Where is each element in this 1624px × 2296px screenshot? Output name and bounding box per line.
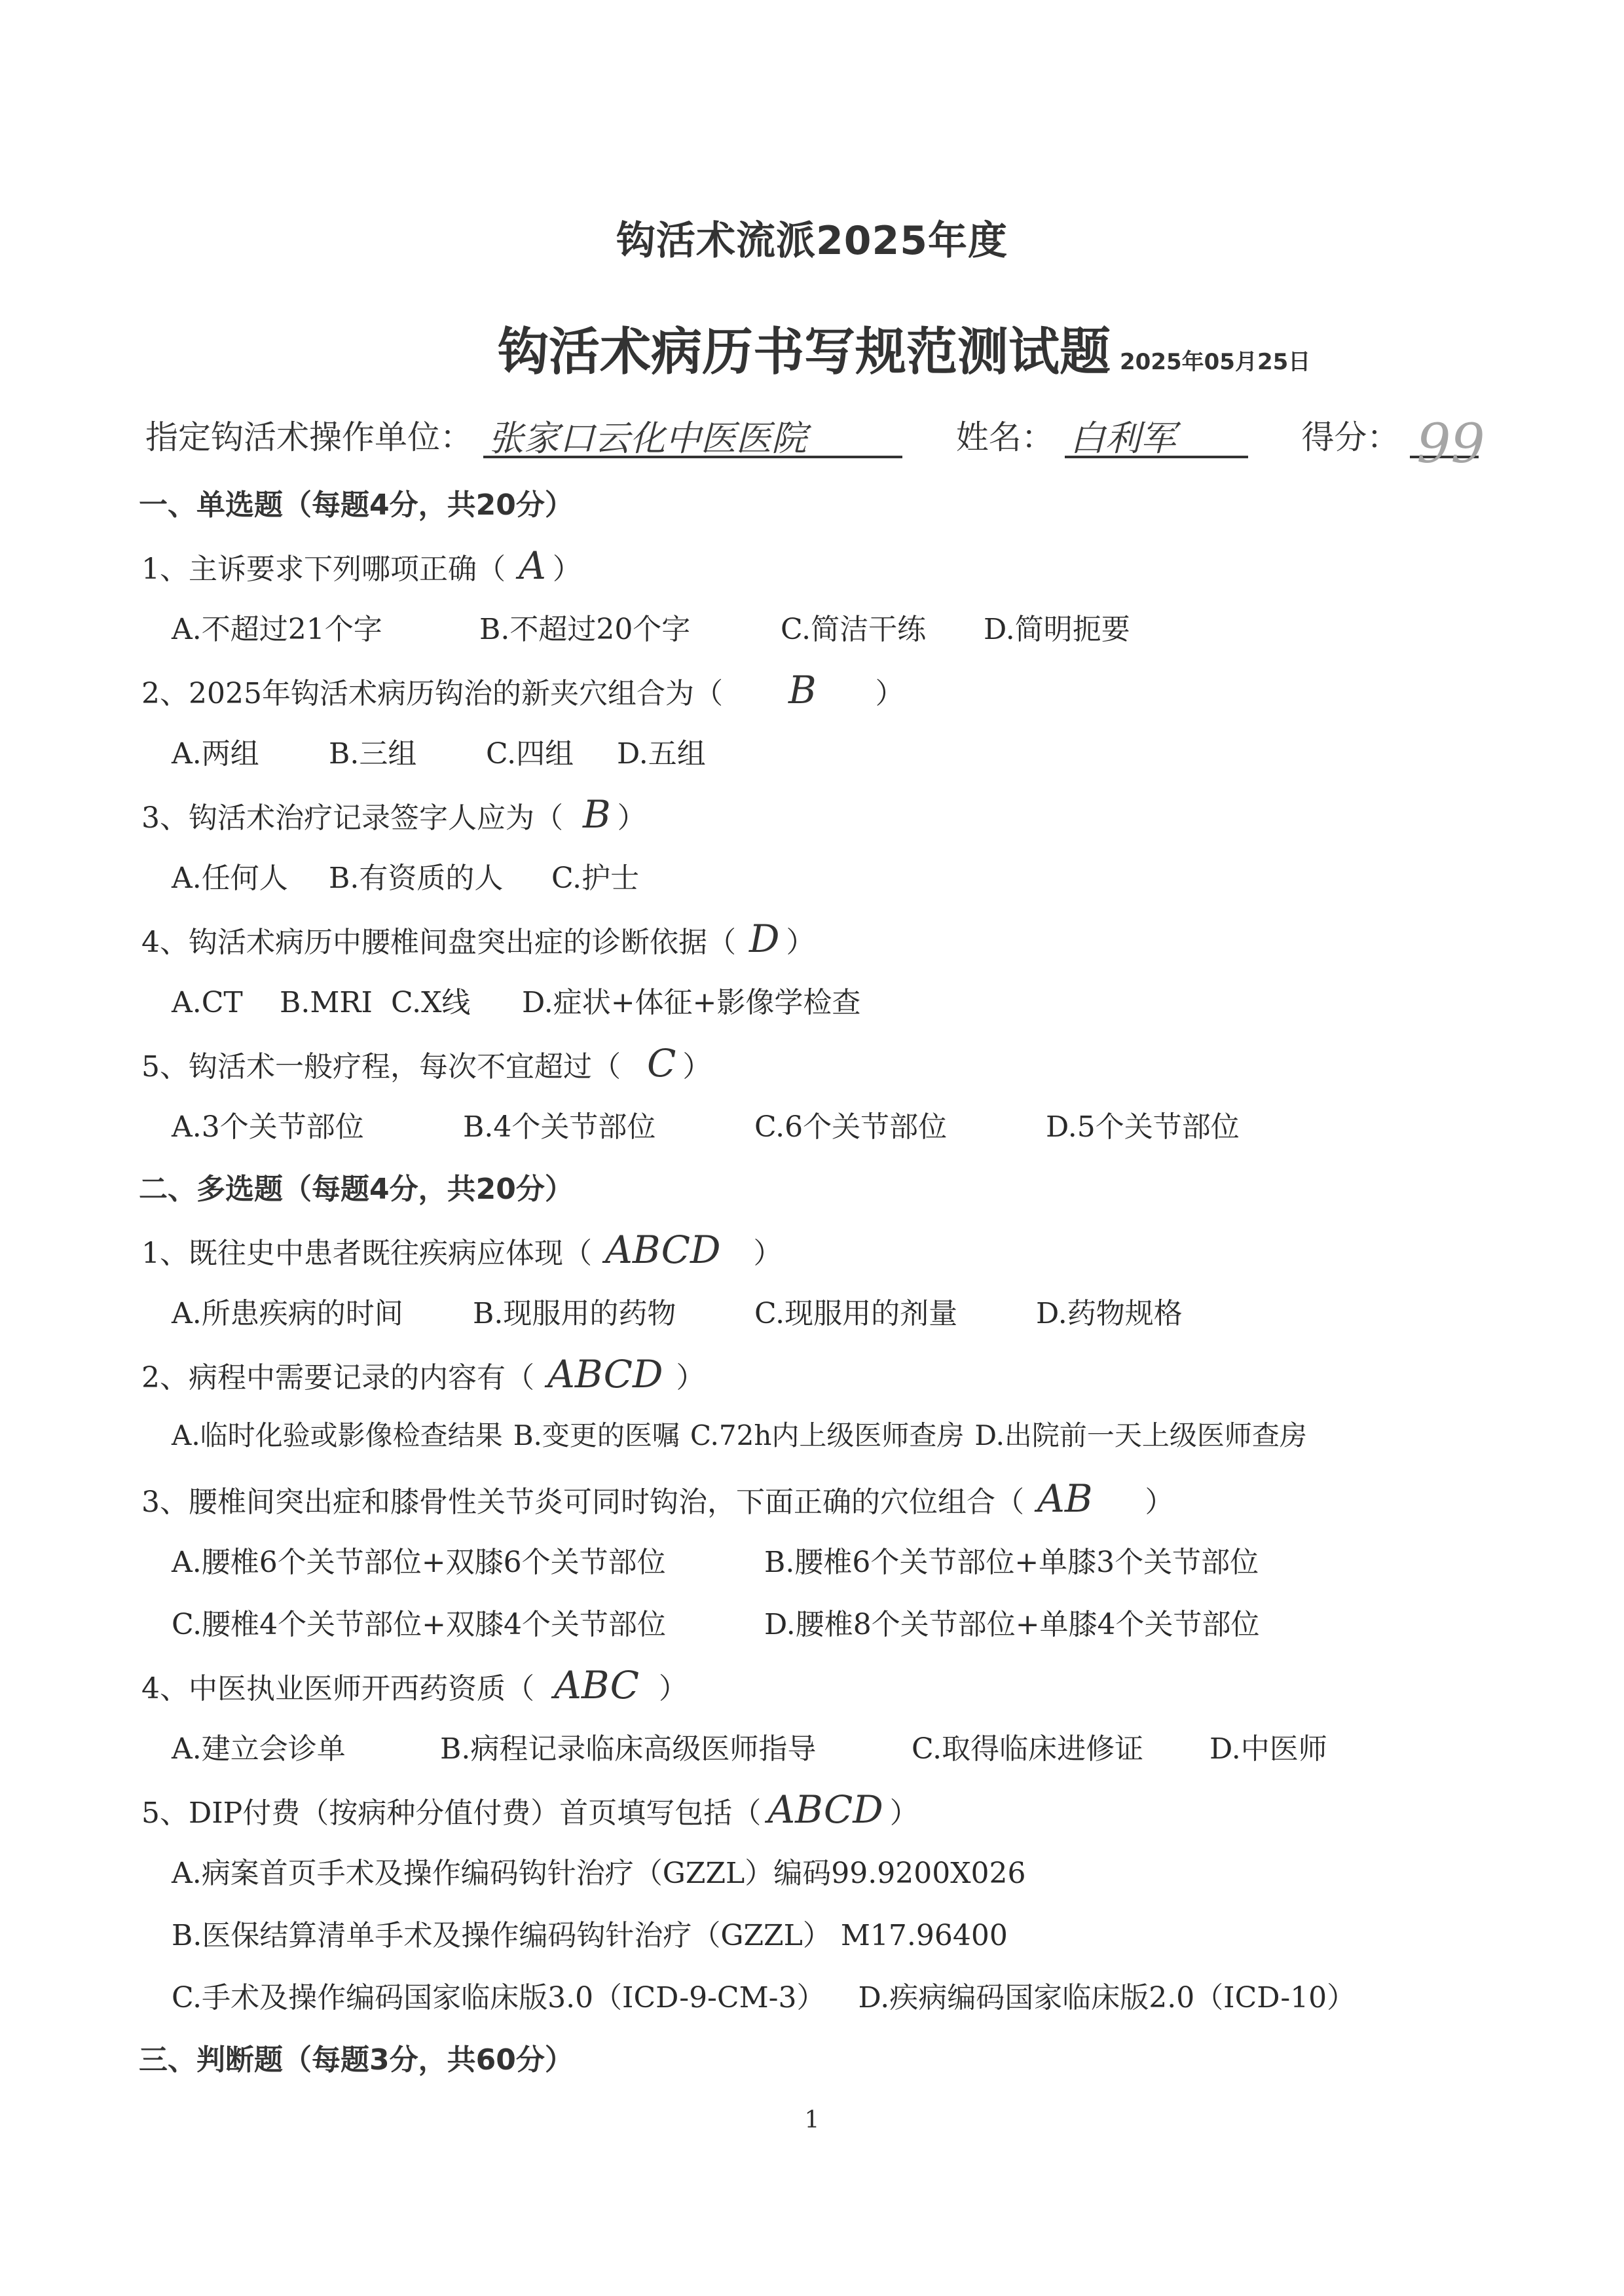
- option-d[interactable]: D.疾病编码国家临床版2.0（ICD-10）: [858, 1974, 1356, 2016]
- options-2-1: A.所患疾病的时间B.现服用的药物C.现服用的剂量D.药物规格: [172, 1290, 1183, 1332]
- name-label: 姓名：: [956, 418, 1054, 456]
- options-1-2: A.两组B.三组C.四组D.五组: [172, 730, 706, 772]
- page-number: 1: [0, 2107, 1624, 2134]
- exam-title: 钩活术病历书写规范测试题2025年05月25日: [498, 311, 1310, 384]
- option-d[interactable]: D.腰椎8个关节部位+单膝4个关节部位: [764, 1601, 1260, 1643]
- option-b[interactable]: B.不超过20个字: [479, 606, 781, 647]
- options-2-5-row2: B.医保结算清单手术及操作编码钩针治疗（GZZL） M17.96400: [172, 1912, 1008, 1954]
- answer-field[interactable]: D: [749, 917, 780, 961]
- answer-field[interactable]: B: [788, 668, 817, 712]
- answer-field[interactable]: ABC: [554, 1663, 639, 1707]
- question-text: 2、2025年钩活术病历钩治的新夹穴组合为（: [141, 677, 723, 710]
- question-1-4: 4、钩活术病历中腰椎间盘突出症的诊断依据（D）: [141, 917, 815, 961]
- score-label: 得分：: [1301, 418, 1399, 456]
- answer-field[interactable]: ABCD: [605, 1228, 720, 1272]
- question-text: 5、DIP付费（按病种分值付费）首页填写包括（: [141, 1796, 761, 1830]
- exam-series-title: 钩活术流派2025年度: [0, 210, 1624, 266]
- section-single-choice-title: 一、单选题（每题4分，共20分）: [139, 481, 574, 523]
- score-value: 99: [1416, 413, 1485, 475]
- options-2-3-row2: C.腰椎4个关节部位+双膝4个关节部位D.腰椎8个关节部位+单膝4个关节部位: [172, 1601, 1260, 1643]
- paren-close: ）: [659, 1672, 688, 1705]
- option-a[interactable]: A.建立会诊单: [172, 1725, 440, 1767]
- option-d[interactable]: D.药物规格: [1036, 1290, 1183, 1332]
- option-a[interactable]: A.不超过21个字: [172, 606, 479, 647]
- option-a[interactable]: A.CT: [172, 986, 280, 1019]
- option-b[interactable]: B.医保结算清单手术及操作编码钩针治疗（GZZL） M17.96400: [172, 1912, 1008, 1954]
- answer-field[interactable]: C: [647, 1041, 676, 1085]
- option-c[interactable]: C.X线: [391, 979, 522, 1021]
- option-a[interactable]: A.病案首页手术及操作编码钩针治疗（GZZL）编码99.9200X026: [172, 1850, 1026, 1891]
- question-1-2: 2、2025年钩活术病历钩治的新夹穴组合为（B）: [141, 668, 904, 712]
- question-text: 5、钩活术一般疗程，每次不宜超过（: [141, 1050, 621, 1084]
- options-1-3: A.任何人B.有资质的人C.护士: [172, 854, 639, 896]
- question-2-1: 1、既往史中患者既往疾病应体现（ABCD）: [141, 1228, 782, 1272]
- name-value: 白利军: [1070, 410, 1176, 461]
- option-b[interactable]: B.有资质的人: [329, 854, 551, 896]
- paren-close: ）: [753, 1237, 782, 1270]
- option-c[interactable]: C.6个关节部位: [754, 1103, 1046, 1145]
- options-2-3-row1: A.腰椎6个关节部位+双膝6个关节部位B.腰椎6个关节部位+单膝3个关节部位: [172, 1539, 1259, 1580]
- option-b[interactable]: B.腰椎6个关节部位+单膝3个关节部位: [764, 1539, 1259, 1580]
- score-field[interactable]: 99: [1410, 415, 1479, 458]
- option-c[interactable]: C.四组: [486, 730, 617, 772]
- options-2-2: A.临时化验或影像检查结果B.变更的医嘱C.72h内上级医师查房D.出院前一天上…: [172, 1414, 1307, 1453]
- options-1-5: A.3个关节部位B.4个关节部位C.6个关节部位D.5个关节部位: [172, 1103, 1240, 1145]
- answer-field[interactable]: ABCD: [767, 1787, 883, 1832]
- paren-close: ）: [553, 553, 581, 586]
- option-b[interactable]: B.MRI: [280, 986, 391, 1019]
- option-a[interactable]: A.3个关节部位: [172, 1103, 463, 1145]
- paren-close: ）: [676, 1361, 705, 1394]
- paren-close: ）: [618, 801, 646, 835]
- question-text: 1、主诉要求下列哪项正确（: [141, 553, 506, 586]
- section-multi-choice-title: 二、多选题（每题4分，共20分）: [139, 1165, 574, 1207]
- paren-close: ）: [890, 1796, 919, 1830]
- option-a[interactable]: A.所患疾病的时间: [172, 1290, 473, 1332]
- question-2-2: 2、病程中需要记录的内容有（ABCD）: [141, 1352, 705, 1396]
- options-1-4: A.CTB.MRIC.X线D.症状+体征+影像学检查: [172, 979, 860, 1021]
- question-text: 4、中医执业医师开西药资质（: [141, 1672, 534, 1705]
- question-1-5: 5、钩活术一般疗程，每次不宜超过（C）: [141, 1041, 711, 1085]
- answer-field[interactable]: AB: [1037, 1476, 1093, 1521]
- option-a[interactable]: A.任何人: [172, 854, 329, 896]
- options-2-5-row1: A.病案首页手术及操作编码钩针治疗（GZZL）编码99.9200X026: [172, 1850, 1026, 1891]
- option-b[interactable]: B.4个关节部位: [463, 1103, 754, 1145]
- option-b[interactable]: B.现服用的药物: [473, 1290, 754, 1332]
- option-c[interactable]: C.72h内上级医师查房: [690, 1414, 964, 1453]
- question-2-3: 3、腰椎间突出症和膝骨性关节炎可同时钩治，下面正确的穴位组合（AB）: [141, 1476, 1174, 1521]
- paren-close: ）: [876, 677, 904, 710]
- answer-field[interactable]: ABCD: [547, 1352, 663, 1396]
- option-d[interactable]: D.5个关节部位: [1046, 1103, 1240, 1145]
- question-text: 4、钩活术病历中腰椎间盘突出症的诊断依据（: [141, 926, 736, 959]
- options-1-1: A.不超过21个字B.不超过20个字C.简洁干练D.简明扼要: [172, 606, 1130, 647]
- option-d[interactable]: D.简明扼要: [984, 606, 1130, 647]
- option-c[interactable]: C.现服用的剂量: [754, 1290, 1036, 1332]
- unit-value: 张家口云化中医医院: [489, 410, 807, 461]
- section-true-false-title: 三、判断题（每题3分，共60分）: [139, 2036, 574, 2078]
- option-b[interactable]: B.病程记录临床高级医师指导: [440, 1725, 912, 1767]
- option-c[interactable]: C.简洁干练: [781, 606, 984, 647]
- exam-date: 2025年05月25日: [1120, 344, 1310, 376]
- option-a[interactable]: A.两组: [172, 730, 329, 772]
- question-text: 3、钩活术治疗记录签字人应为（: [141, 801, 563, 835]
- option-d[interactable]: D.中医师: [1209, 1725, 1327, 1767]
- option-c[interactable]: C.取得临床进修证: [912, 1725, 1209, 1767]
- paren-close: ）: [682, 1050, 711, 1084]
- option-c[interactable]: C.腰椎4个关节部位+双膝4个关节部位: [172, 1601, 764, 1643]
- exam-title-text: 钩活术病历书写规范测试题: [498, 323, 1111, 382]
- option-a[interactable]: A.临时化验或影像检查结果: [172, 1414, 503, 1453]
- option-c[interactable]: C.手术及操作编码国家临床版3.0（ICD-9-CM-3）: [172, 1974, 826, 2016]
- answer-field[interactable]: A: [519, 543, 546, 588]
- paren-close: ）: [786, 926, 815, 959]
- question-text: 3、腰椎间突出症和膝骨性关节炎可同时钩治，下面正确的穴位组合（: [141, 1485, 1024, 1519]
- option-a[interactable]: A.腰椎6个关节部位+双膝6个关节部位: [172, 1539, 764, 1580]
- option-d[interactable]: D.出院前一天上级医师查房: [974, 1414, 1307, 1453]
- paren-close: ）: [1145, 1485, 1174, 1519]
- question-text: 2、病程中需要记录的内容有（: [141, 1361, 534, 1394]
- option-d[interactable]: D.五组: [617, 730, 706, 772]
- question-2-4: 4、中医执业医师开西药资质（ABC）: [141, 1663, 688, 1707]
- option-c[interactable]: C.护士: [551, 854, 639, 896]
- option-b[interactable]: B.变更的医嘱: [513, 1414, 680, 1453]
- unit-field[interactable]: 张家口云化中医医院: [483, 415, 902, 458]
- option-d[interactable]: D.症状+体征+影像学检查: [522, 979, 860, 1021]
- question-1-3: 3、钩活术治疗记录签字人应为（B）: [141, 792, 646, 837]
- option-b[interactable]: B.三组: [329, 730, 486, 772]
- examinee-info-row: 指定钩活术操作单位： 张家口云化中医医院 姓名： 白利军 得分： 99: [145, 411, 1479, 458]
- question-2-5: 5、DIP付费（按病种分值付费）首页填写包括（ABCD）: [141, 1787, 919, 1832]
- name-field[interactable]: 白利军: [1065, 415, 1248, 458]
- options-2-5-row3: C.手术及操作编码国家临床版3.0（ICD-9-CM-3）D.疾病编码国家临床版…: [172, 1974, 1356, 2016]
- unit-label: 指定钩活术操作单位：: [145, 418, 473, 456]
- question-1-1: 1、主诉要求下列哪项正确（A）: [141, 543, 581, 588]
- question-text: 1、既往史中患者既往疾病应体现（: [141, 1237, 592, 1270]
- answer-field[interactable]: B: [583, 792, 611, 837]
- options-2-4: A.建立会诊单B.病程记录临床高级医师指导C.取得临床进修证D.中医师: [172, 1725, 1327, 1767]
